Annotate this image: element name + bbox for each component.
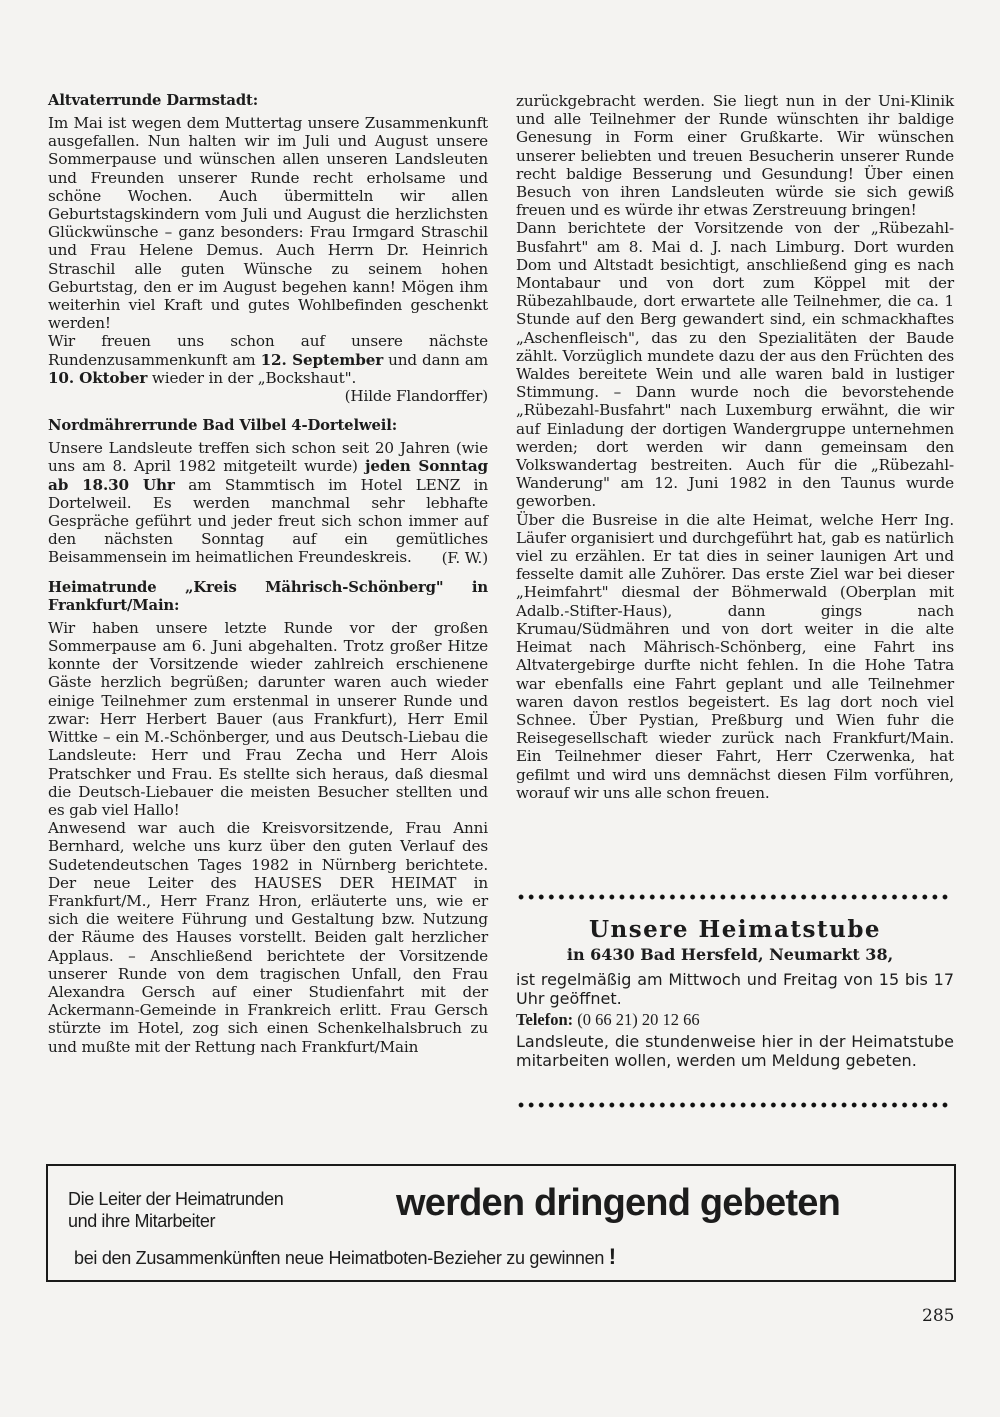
promo-bottom-line: bei den Zusammenkünften neue Heimatboten… <box>74 1244 616 1270</box>
left-column: Altvaterrunde Darmstadt: Im Mai ist wege… <box>48 92 488 1068</box>
section-heading: Nordmährerrunde Bad Vilbel 4-Dortelweil: <box>48 417 488 435</box>
text: wieder in der „Bockshaut". <box>147 369 356 387</box>
promo-line: Die Leiter der Heimatrunden <box>68 1188 283 1210</box>
phone-label: Telefon: <box>516 1010 573 1029</box>
date-emphasis: 12. September <box>261 351 383 369</box>
promo-text: bei den Zusammenkünften neue Heimatboten… <box>74 1248 604 1268</box>
phone-number: (0 66 21) 20 12 66 <box>577 1010 699 1029</box>
section-nordmaehrerrunde: Nordmährerrunde Bad Vilbel 4-Dortelweil:… <box>48 417 488 567</box>
section-heading: Heimatrunde „Kreis Mährisch-Schönberg" i… <box>48 579 488 615</box>
date-emphasis: 10. Oktober <box>48 369 147 387</box>
section-heimatrunde: Heimatrunde „Kreis Mährisch-Schönberg" i… <box>48 579 488 1056</box>
section-heading: Altvaterrunde Darmstadt: <box>48 92 488 110</box>
paragraph: Dann berichtete der Vorsitzende von der … <box>516 219 954 510</box>
paragraph: Anwesend war auch die Kreisvorsitzende, … <box>48 819 488 1056</box>
section-altvaterrunde: Altvaterrunde Darmstadt: Im Mai ist wege… <box>48 92 488 405</box>
diamond-divider-bottom <box>516 1100 950 1110</box>
promo-addressees: Die Leiter der Heimatrunden und ihre Mit… <box>68 1188 283 1232</box>
promo-box: Die Leiter der Heimatrunden und ihre Mit… <box>46 1164 956 1282</box>
exclamation-mark: ! <box>609 1244 616 1269</box>
heimatstube-notice: Unsere Heimatstube in 6430 Bad Hersfeld,… <box>516 892 954 1110</box>
text: und dann am <box>383 351 488 369</box>
paragraph: zurückgebracht werden. Sie liegt nun in … <box>516 92 954 219</box>
opening-hours: ist regelmäßig am Mittwoch und Freitag v… <box>516 970 954 1008</box>
volunteer-call: Landsleute, die stundenweise hier in der… <box>516 1032 954 1070</box>
paragraph: Wir freuen uns schon auf unsere nächste … <box>48 332 488 387</box>
paragraph: Im Mai ist wegen dem Muttertag unsere Zu… <box>48 114 488 332</box>
paragraph: Unsere Landsleute treffen sich schon sei… <box>48 439 488 566</box>
paragraph: Über die Busreise in die alte Heimat, we… <box>516 511 954 802</box>
promo-line: und ihre Mitarbeiter <box>68 1210 283 1232</box>
heimatstube-title: Unsere Heimatstube <box>516 916 954 943</box>
signature: (Hilde Flandorffer) <box>48 387 488 405</box>
phone-line: Telefon: (0 66 21) 20 12 66 <box>516 1010 954 1030</box>
diamond-divider-top <box>516 892 950 902</box>
promo-headline: werden dringend gebeten <box>396 1182 840 1225</box>
paragraph: Wir haben unsere letzte Runde vor der gr… <box>48 619 488 819</box>
page-number: 285 <box>922 1306 954 1326</box>
right-column: zurückgebracht werden. Sie liegt nun in … <box>516 92 954 802</box>
heimatstube-address: in 6430 Bad Hersfeld, Neumarkt 38, <box>506 945 954 964</box>
